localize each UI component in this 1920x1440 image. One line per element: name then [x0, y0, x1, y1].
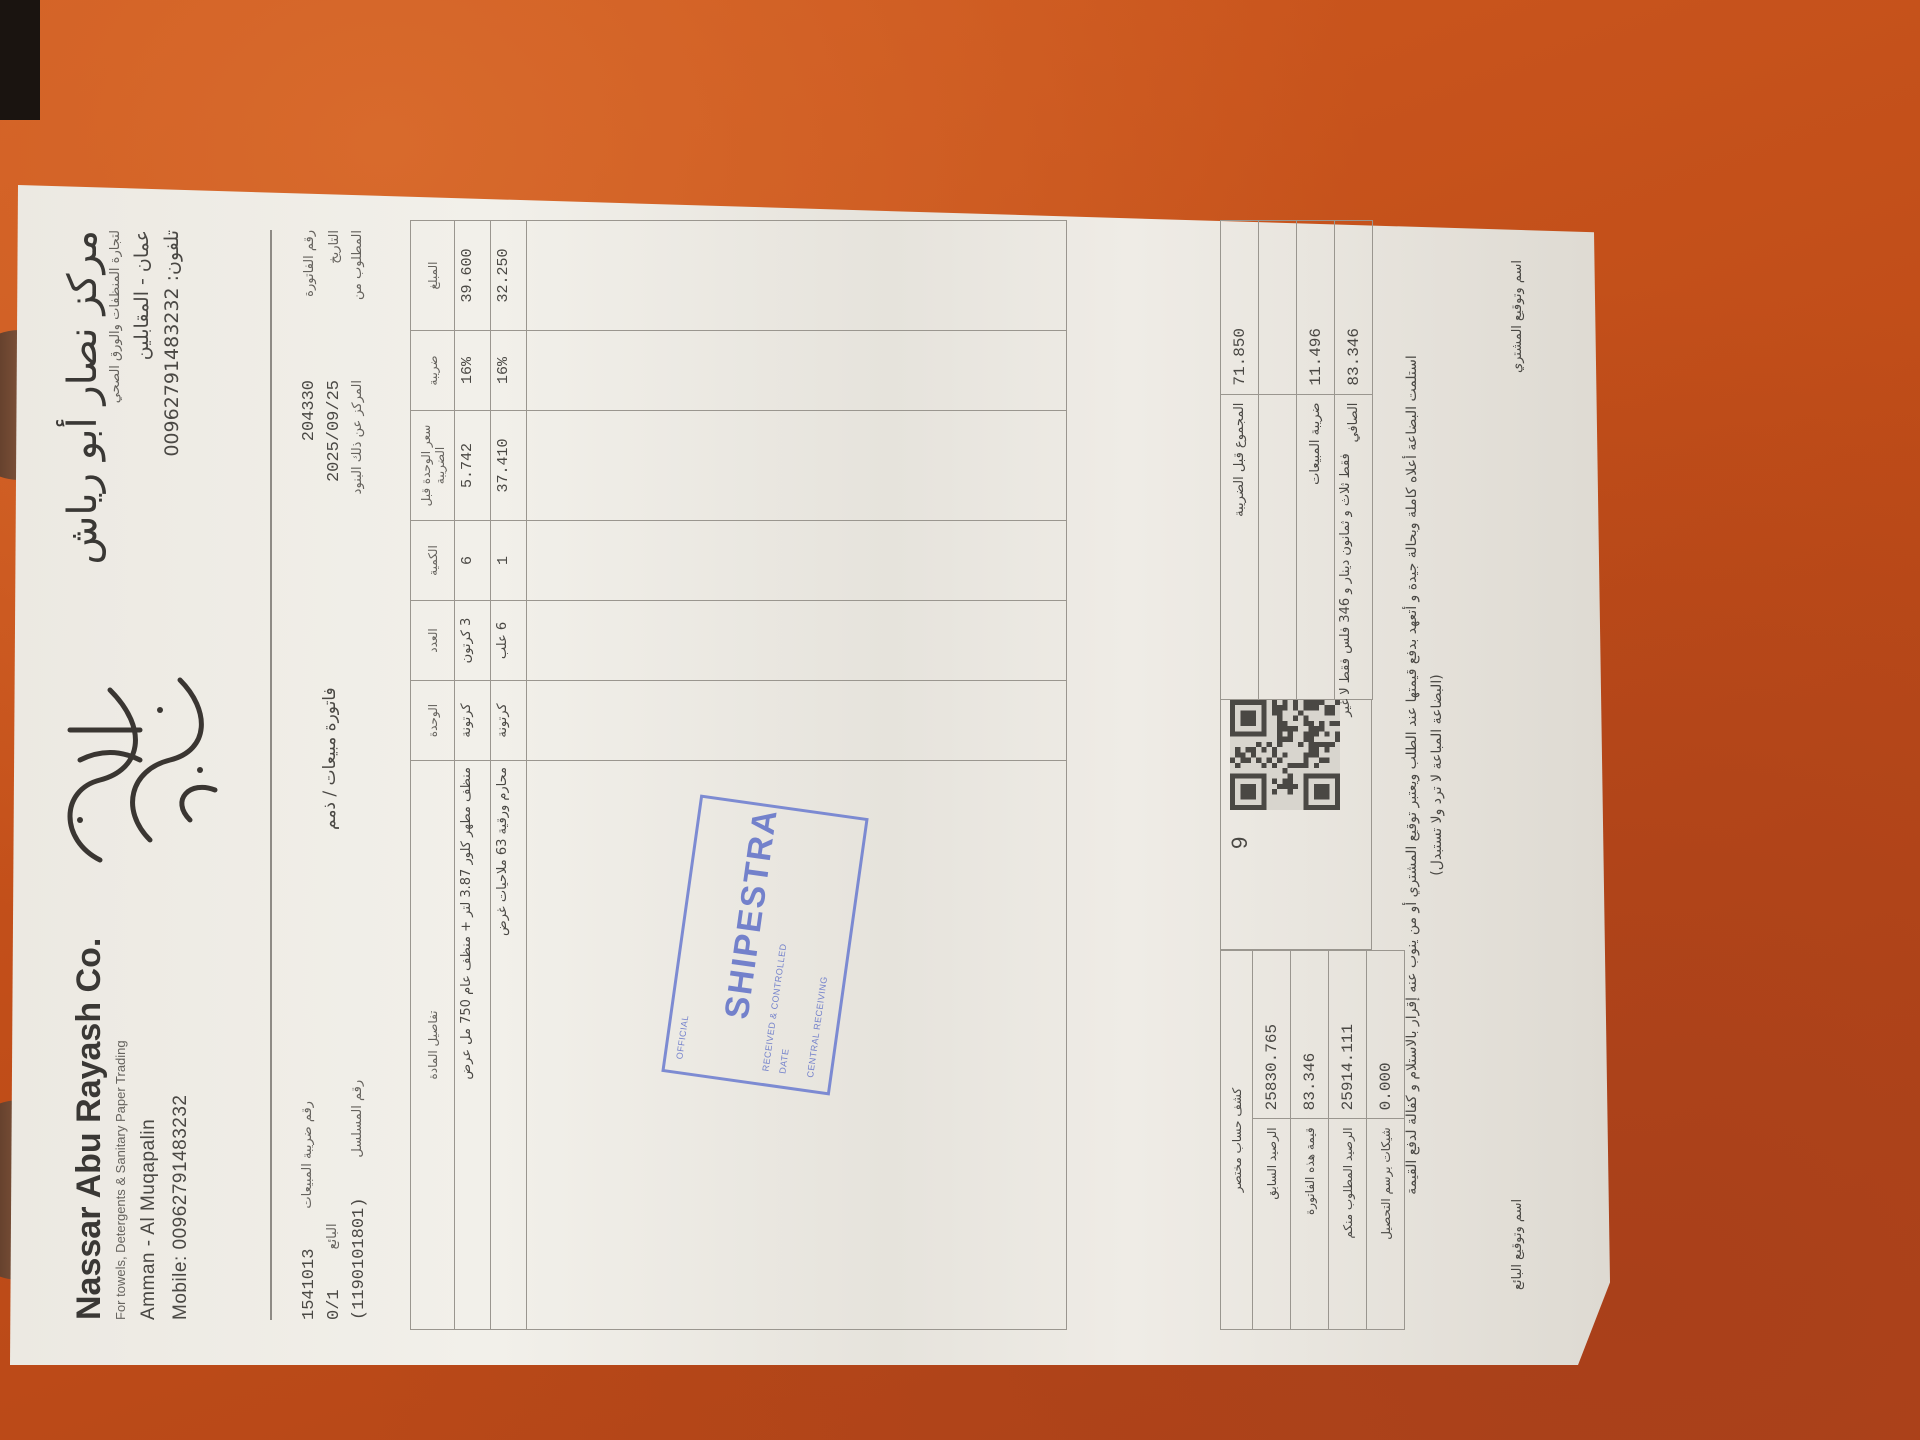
company-tagline-en: For towels, Detergents & Sanitary Paper …	[113, 938, 128, 1320]
invoice-date-label: التاريخ	[327, 230, 342, 350]
company-address-ar: عمان - المقابلين	[131, 230, 153, 564]
company-info-arabic: مركز نصار أبو رياش لتجارة المنظفات والور…	[60, 230, 183, 564]
tax-row: 11.496 ضريبة المبيعات	[1297, 221, 1335, 700]
stamp-text: RECEIVING	[812, 976, 829, 1031]
subtotal-row: 71.850 المجموع قبل الضريبة	[1221, 221, 1259, 700]
seller-signature-label: اسم وتوقيع البائع	[1510, 1199, 1525, 1290]
invoice-meta: 1541013 رقم ضريبة المبيعات 0/1 البائع (1…	[280, 200, 410, 1350]
company-name-en: Nassar Abu Rayash Co.	[70, 938, 109, 1320]
col-unit: الوحدة	[411, 681, 455, 761]
item-tax: 16%	[491, 331, 527, 411]
previous-balance: 25830.765	[1253, 951, 1291, 1119]
item-qty: 1	[491, 521, 527, 601]
col-unit-price: سعر الوحدة قبل الضريبة	[411, 411, 455, 521]
totals-section: 71.850 المجموع قبل الضريبة 11.496 ضريبة …	[1220, 220, 1380, 1330]
stamp-text: CENTRAL	[805, 1032, 821, 1078]
balance-due-label: الرصيد المطلوب منكم	[1329, 1119, 1367, 1330]
company-mobile-en: Mobile: 00962791483232	[170, 938, 192, 1320]
item-tax: 16%	[455, 331, 491, 411]
item-count: 6 علب	[491, 601, 527, 681]
company-mobile-ar: تلفون: 00962791483232	[161, 230, 183, 564]
qr-code-icon	[1230, 700, 1340, 810]
table-row: 32.250 16% 37.410 1 6 علب كرتونة محارم و…	[491, 221, 527, 1330]
mobile-number: 00962791483232	[170, 1095, 191, 1250]
serial-number-label: رقم المسلسل	[350, 1080, 369, 1158]
col-count: العدد	[411, 601, 455, 681]
company-info-english: Nassar Abu Rayash Co. For towels, Deterg…	[70, 938, 192, 1320]
amount-in-words: فقط ثلاث و ثمانون دينار و 346 فلس فقط لا…	[1338, 220, 1353, 950]
customer-info: 1541013 رقم ضريبة المبيعات 0/1 البائع (1…	[300, 1080, 375, 1320]
buyer-signature-label: اسم وتوقيع المشتري	[1510, 260, 1525, 373]
serial-number: (1190101801)	[350, 1198, 369, 1320]
col-tax: ضريبة	[411, 331, 455, 411]
stamp-text: DATE	[777, 1048, 790, 1074]
tax-value: 11.496	[1297, 221, 1335, 395]
bill-to-label: المطلوب من	[350, 230, 365, 350]
item-count-total: 9	[1227, 837, 1253, 849]
pending-cheques-label: شيكات برسم التحصيل	[1367, 1119, 1405, 1330]
disclaimer-text: استلمت البضاعة أعلاه كاملة وبحالة جيدة و…	[1400, 220, 1425, 1330]
document-title: فاتورة مبيعات / ذمم	[320, 687, 340, 830]
stamp-text: CENTRAL RECEIVING	[805, 976, 829, 1079]
company-name-ar: مركز نصار أبو رياش	[60, 230, 106, 564]
phone-label: تلفون:	[161, 230, 183, 281]
item-description: محارم ورقية 63 ملاحيات غرض	[491, 761, 527, 1330]
balance-due: 25914.111	[1329, 951, 1367, 1119]
table-header-row: المبلغ ضريبة سعر الوحدة قبل الضريبة الكم…	[411, 221, 455, 1330]
item-unit: كرتونة	[491, 681, 527, 761]
pending-cheques: 0.000	[1367, 951, 1405, 1119]
stamp-text: OFFICIAL	[674, 1014, 690, 1059]
salesman-label: البائع	[325, 1223, 344, 1249]
bill-to-value: المركز عن ذلك البنود	[350, 380, 365, 500]
item-amount: 39.600	[455, 221, 491, 331]
background-shadow	[0, 0, 40, 120]
no-return-note: (البضاعة المباعة لا ترد ولا تستبدل)	[1425, 220, 1450, 1330]
invoice-document: Nassar Abu Rayash Co. For towels, Deterg…	[30, 200, 1430, 1350]
account-summary-header: كشف حساب مختصر	[1221, 951, 1253, 1330]
tax-number: 1541013	[300, 1249, 319, 1320]
col-description: تفاصيل المادة	[411, 761, 455, 1330]
subtotal-label: المجموع قبل الضريبة	[1221, 394, 1259, 699]
invoice-header: Nassar Abu Rayash Co. For towels, Deterg…	[30, 200, 290, 1350]
blank-row	[1259, 221, 1297, 700]
item-unit-price: 5.742	[455, 411, 491, 521]
account-row: 83.346 قيمة هذه الفاتورة	[1291, 951, 1329, 1330]
invoice-value-label: قيمة هذه الفاتورة	[1291, 1119, 1329, 1330]
table-empty-space	[527, 221, 1067, 1330]
invoice-number: 204330	[300, 380, 319, 441]
account-row: 25830.765 الرصيد السابق	[1253, 951, 1291, 1330]
salesman: 0/1	[325, 1289, 344, 1320]
invoice-date: 2025/09/25	[325, 380, 344, 482]
col-amount: المبلغ	[411, 221, 455, 331]
table-row: 39.600 16% 5.742 6 3 كرتون كرتونة منظف م…	[455, 221, 491, 1330]
line-items-table: المبلغ ضريبة سعر الوحدة قبل الضريبة الكم…	[410, 220, 1067, 1330]
invoice-number-label: رقم الفاتورة	[302, 230, 317, 350]
calligraphy-logo-icon	[40, 660, 240, 880]
item-unit: كرتونة	[455, 681, 491, 761]
invoice-identifiers: رقم الفاتورة 204330 التاريخ 2025/09/25 ا…	[300, 230, 371, 500]
company-tagline-ar: لتجارة المنظفات والورق الصحي	[108, 230, 123, 564]
account-summary-table: كشف حساب مختصر 25830.765 الرصيد السابق 8…	[1220, 950, 1405, 1330]
col-qty: الكمية	[411, 521, 455, 601]
account-row: 0.000 شيكات برسم التحصيل	[1367, 951, 1405, 1330]
item-qty: 6	[455, 521, 491, 601]
item-amount: 32.250	[491, 221, 527, 331]
invoice-value: 83.346	[1291, 951, 1329, 1119]
phone-number: 00962791483232	[161, 287, 183, 456]
item-unit-price: 37.410	[491, 411, 527, 521]
item-description: منظف مطهر كلور 3.87 لتر + منظف عام 750 م…	[455, 761, 491, 1330]
disclaimer: استلمت البضاعة أعلاه كاملة وبحالة جيدة و…	[1400, 220, 1450, 1330]
account-row: 25914.111 الرصيد المطلوب منكم	[1329, 951, 1367, 1330]
tax-number-label: رقم ضريبة المبيعات	[300, 1101, 319, 1209]
company-address-en: Amman - Al Muqapalin	[138, 938, 160, 1320]
mobile-label: Mobile:	[170, 1255, 191, 1320]
tax-label: ضريبة المبيعات	[1297, 394, 1335, 699]
subtotal-value: 71.850	[1221, 221, 1259, 395]
header-divider	[270, 230, 272, 1320]
previous-balance-label: الرصيد السابق	[1253, 1119, 1291, 1330]
item-count: 3 كرتون	[455, 601, 491, 681]
